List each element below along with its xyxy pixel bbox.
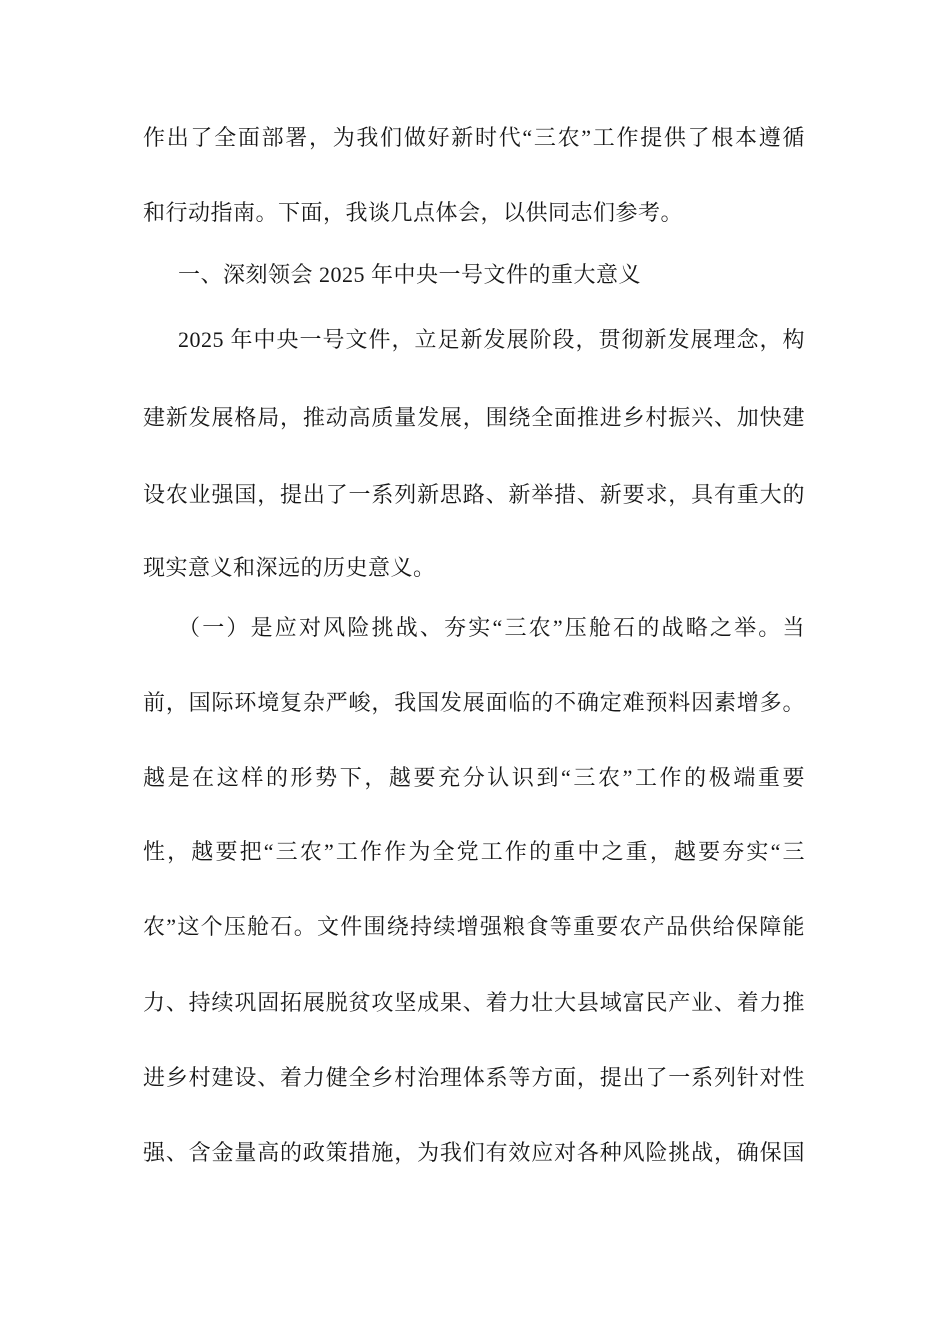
body-line: 农”这个压舱石。文件围绕持续增强粮食等重要农产品供给保障能 [143,912,805,942]
body-line: （一）是应对风险挑战、夯实“三农”压舱石的战略之举。当 [143,613,805,643]
body-line: 越是在这样的形势下，越要充分认识到“三农”工作的极端重要 [143,763,805,793]
section-heading: 一、深刻领会 2025 年中央一号文件的重大意义 [143,260,805,290]
body-line: 和行动指南。下面，我谈几点体会，以供同志们参考。 [143,198,805,228]
body-line: 力、持续巩固拓展脱贫攻坚成果、着力壮大县域富民产业、着力推 [143,988,805,1018]
body-line: 2025 年中央一号文件，立足新发展阶段，贯彻新发展理念，构 [143,325,805,355]
body-line: 性，越要把“三农”工作作为全党工作的重中之重，越要夯实“三 [143,837,805,867]
body-line: 作出了全面部署，为我们做好新时代“三农”工作提供了根本遵循 [143,123,805,153]
document-page: 作出了全面部署，为我们做好新时代“三农”工作提供了根本遵循 和行动指南。下面，我… [0,0,950,1344]
body-line: 现实意义和深远的历史意义。 [143,553,805,583]
body-line: 强、含金量高的政策措施，为我们有效应对各种风险挑战，确保国 [143,1138,805,1168]
body-line: 建新发展格局，推动高质量发展，围绕全面推进乡村振兴、加快建 [143,403,805,433]
body-line: 设农业强国，提出了一系列新思路、新举措、新要求，具有重大的 [143,480,805,510]
body-line: 前，国际环境复杂严峻，我国发展面临的不确定难预料因素增多。 [143,688,805,718]
body-line: 进乡村建设、着力健全乡村治理体系等方面，提出了一系列针对性 [143,1063,805,1093]
